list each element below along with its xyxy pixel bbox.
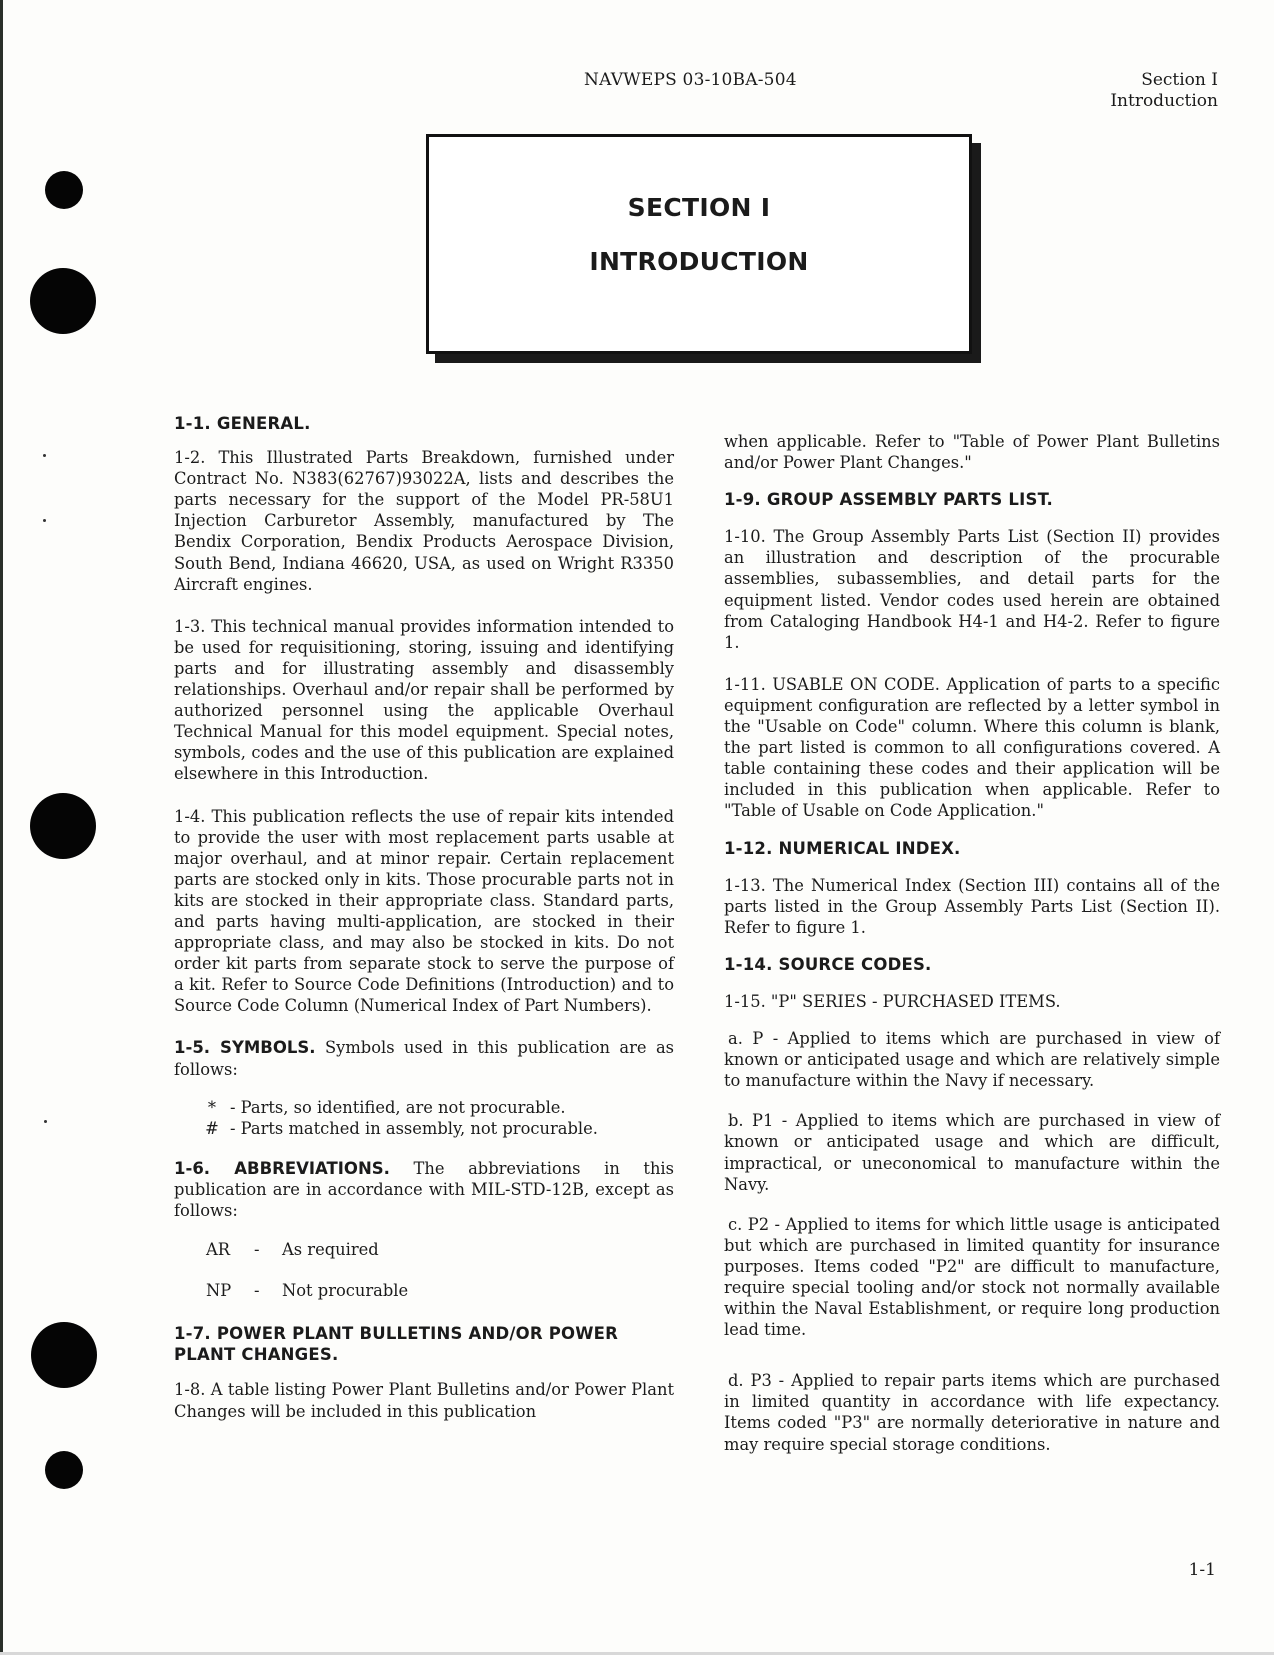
speck [43, 519, 46, 522]
symbol-item: * - Parts, so identified, are not procur… [174, 1097, 674, 1118]
abbreviation-key: AR [206, 1239, 254, 1260]
heading-power-plant: 1-7. POWER PLANT BULLETINS AND/OR POWER … [174, 1323, 674, 1365]
page-left-edge [0, 0, 3, 1655]
section-heading: SECTION I [429, 193, 969, 222]
heading-source-codes: 1-14. SOURCE CODES. [724, 954, 1220, 975]
symbol-key: * [194, 1097, 230, 1118]
paragraph-1-2: 1-2. This Illustrated Parts Breakdown, f… [174, 447, 674, 595]
binder-hole-icon [30, 793, 96, 859]
page-number: 1-1 [1189, 1560, 1216, 1580]
binder-hole-icon [31, 1322, 97, 1388]
symbol-key: # [194, 1118, 230, 1139]
section-title-box: SECTION I INTRODUCTION [426, 134, 972, 354]
section-label: Section I [1110, 70, 1218, 91]
paragraph-1-8-continued: when applicable. Refer to "Table of Powe… [724, 431, 1220, 473]
symbol-desc: - Parts matched in assembly, not procura… [230, 1118, 674, 1139]
speck [43, 454, 46, 457]
abbreviation-dash: - [254, 1239, 282, 1260]
paragraph-1-5: 1-5. SYMBOLS. Symbols used in this publi… [174, 1037, 674, 1079]
symbol-item: # - Parts matched in assembly, not procu… [174, 1118, 674, 1139]
heading-abbreviations: 1-6. ABBREVIATIONS. [174, 1159, 390, 1178]
paragraph-1-15: 1-15. "P" SERIES - PURCHASED ITEMS. [724, 991, 1220, 1012]
abbreviation-dash: - [254, 1280, 282, 1301]
abbreviation-meaning: As required [282, 1239, 379, 1260]
running-header: Section I Introduction [1110, 70, 1218, 112]
symbol-desc: - Parts, so identified, are not procurab… [230, 1097, 674, 1118]
binder-hole-icon [45, 171, 83, 209]
section-subheading: INTRODUCTION [429, 247, 969, 276]
document-number: NAVWEPS 03-10BA-504 [584, 70, 797, 90]
abbreviation-key: NP [206, 1280, 254, 1301]
paragraph-1-13: 1-13. The Numerical Index (Section III) … [724, 875, 1220, 938]
source-code-p2: c. P2 - Applied to items for which littl… [724, 1214, 1220, 1341]
source-code-p: a. P - Applied to items which are purcha… [724, 1028, 1220, 1091]
symbols-list: * - Parts, so identified, are not procur… [174, 1097, 674, 1139]
abbreviation-item: NP - Not procurable [174, 1280, 674, 1301]
source-code-p3: d. P3 - Applied to repair parts items wh… [724, 1370, 1220, 1454]
heading-numerical-index: 1-12. NUMERICAL INDEX. [724, 838, 1220, 859]
binder-hole-icon [45, 1451, 83, 1489]
paragraph-1-6: 1-6. ABBREVIATIONS. The abbreviations in… [174, 1158, 674, 1221]
abbreviation-item: AR - As required [174, 1239, 674, 1260]
left-column: 1-1. GENERAL. 1-2. This Illustrated Part… [174, 413, 674, 1422]
paragraph-1-3: 1-3. This technical manual provides info… [174, 616, 674, 785]
abbreviations-list: AR - As required NP - Not procurable [174, 1239, 674, 1301]
paragraph-1-4: 1-4. This publication reflects the use o… [174, 806, 674, 1017]
heading-group-assembly: 1-9. GROUP ASSEMBLY PARTS LIST. [724, 489, 1220, 510]
speck [44, 1120, 47, 1123]
paragraph-1-10: 1-10. The Group Assembly Parts List (Sec… [724, 526, 1220, 653]
abbreviation-meaning: Not procurable [282, 1280, 408, 1301]
section-title: Introduction [1110, 91, 1218, 112]
source-code-p1: b. P1 - Applied to items which are purch… [724, 1110, 1220, 1194]
right-column: when applicable. Refer to "Table of Powe… [724, 431, 1220, 1455]
heading-general: 1-1. GENERAL. [174, 413, 674, 434]
binder-hole-icon [30, 268, 96, 334]
paragraph-1-8: 1-8. A table listing Power Plant Bulleti… [174, 1379, 674, 1421]
heading-symbols: 1-5. SYMBOLS. [174, 1038, 316, 1057]
paragraph-1-11: 1-11. USABLE ON CODE. Application of par… [724, 674, 1220, 822]
